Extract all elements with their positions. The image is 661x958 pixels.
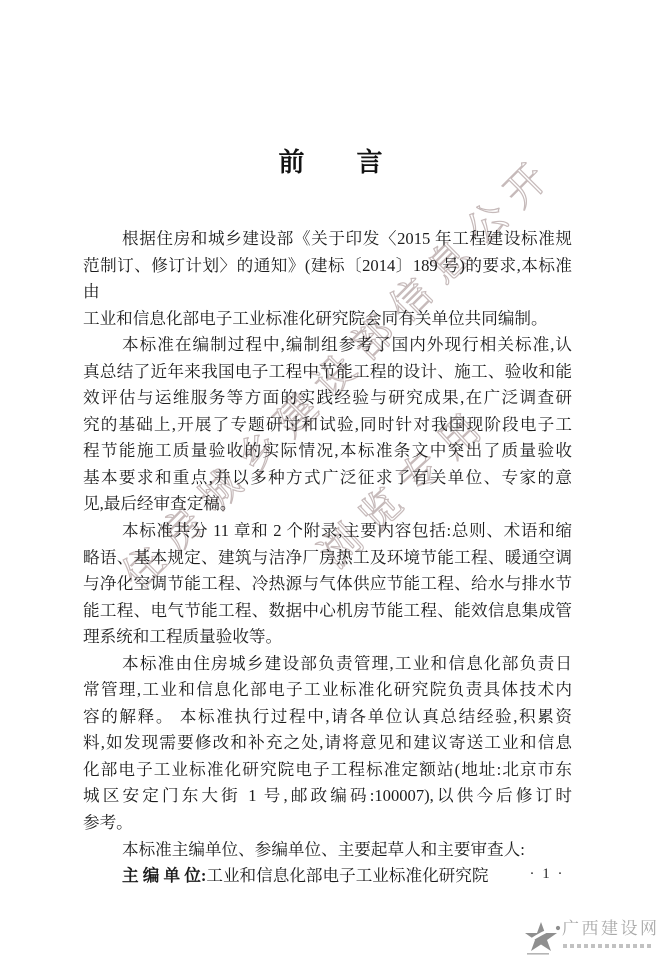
text-line: 本标准共分 11 章和 2 个附录,主要内容包括:总则、术语和缩 — [83, 518, 572, 545]
text-line: 究的基础上,开展了专题研讨和试验,同时针对我国现阶段电子工 — [83, 412, 572, 439]
logo-tagline — [563, 944, 653, 948]
text-line: 理系统和工程质量验收等。 — [83, 624, 572, 651]
text-line: 常管理,工业和信息化部电子工业标准化研究院负责具体技术内 — [83, 677, 572, 704]
text-line: 效评估与运维服务等方面的实践经验与研究成果,在广泛调查研 — [83, 385, 572, 412]
text-line: 工业和信息化部电子工业标准化研究院会同有关单位共同编制。 — [83, 306, 572, 333]
star-swoosh-icon — [521, 920, 561, 956]
text-line: 与净化空调节能工程、冷热源与气体供应节能工程、给水与排水节 — [83, 571, 572, 598]
text-line: 根据住房和城乡建设部《关于印发〈2015 年工程建设标准规 — [83, 226, 572, 253]
text-line: 主 编 单 位:工业和信息化部电子工业标准化研究院 — [83, 863, 572, 890]
text-line: 料,如发现需要修改和补充之处,请将意见和建议寄送工业和信息 — [83, 730, 572, 757]
page-number: · 1 · — [512, 866, 582, 883]
text-line: 容的解释。 本标准执行过程中,请各单位认真总结经验,积累资 — [83, 704, 572, 731]
text-line: 范制订、修订计划〉的通知》(建标〔2014〕189 号)的要求,本标准由 — [83, 253, 572, 306]
site-logo: 广西建设网 — [521, 903, 661, 955]
text-line: 本标准在编制过程中,编制组参考了国内外现行相关标准,认 — [83, 332, 572, 359]
site-name-label: 广西建设网 — [562, 918, 660, 940]
text-line: 见,最后经审查定稿。 — [83, 491, 572, 518]
text-line: 城区安定门东大街 1 号,邮政编码:100007),以供今后修订时 — [83, 783, 572, 810]
text-line: 本标准由住房城乡建设部负责管理,工业和信息化部负责日 — [83, 651, 572, 678]
text-line: 本标准主编单位、参编单位、主要起草人和主要审查人: — [83, 837, 572, 864]
chief-editor-value: 工业和信息化部电子工业标准化研究院 — [206, 866, 488, 885]
text-line: 参考。 — [83, 810, 572, 837]
document-page: 住房城乡建设部信息公开 浏览专用 前 言 根据住房和城乡建设部《关于印发〈201… — [0, 0, 661, 958]
chief-editor-label: 主 编 单 位: — [122, 866, 206, 885]
text-line: 基本要求和重点,并以多种方式广泛征求了有关单位、专家的意 — [83, 465, 572, 492]
text-line: 略语、基本规定、建筑与洁净厂房热工及环境节能工程、暖通空调 — [83, 545, 572, 572]
text-line: 真总结了近年来我国电子工程中节能工程的设计、施工、验收和能 — [83, 359, 572, 386]
body-text: 根据住房和城乡建设部《关于印发〈2015 年工程建设标准规范制订、修订计划〉的通… — [83, 226, 572, 890]
text-line: 能工程、电气节能工程、数据中心机房节能工程、能效信息集成管 — [83, 598, 572, 625]
page-title: 前 言 — [0, 149, 661, 177]
text-line: 化部电子工业标准化研究院电子工程标准定额站(地址:北京市东 — [83, 757, 572, 784]
text-line: 程节能施工质量验收的实际情况,本标准条文中突出了质量验收 — [83, 438, 572, 465]
